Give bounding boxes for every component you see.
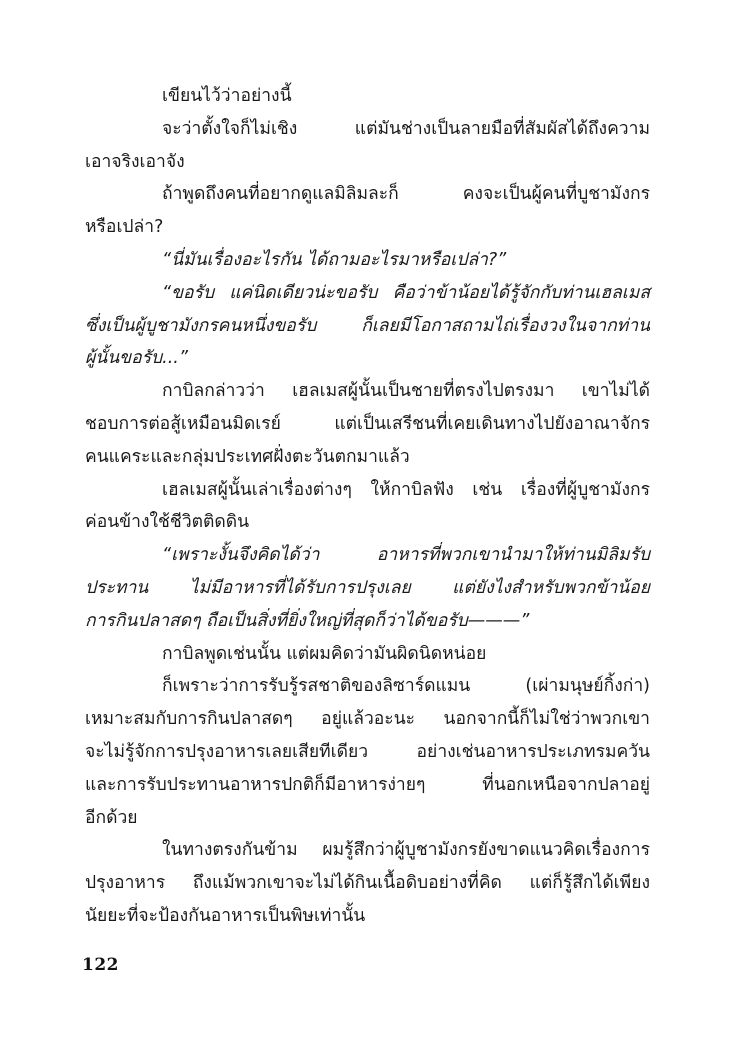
text-line: ก็เพราะว่าการรับรู้รสชาติของลิซาร์ดแมน (… <box>85 670 650 703</box>
text-line: และการรับประทานอาหารปกติก็มีอาหารง่ายๆ ท… <box>85 769 650 802</box>
dialogue-line: “เพราะงั้นจึงคิดได้ว่า อาหารที่พวกเขานำม… <box>85 539 650 572</box>
dialogue-line: “นี่มันเรื่องอะไรกัน ได้ถามอะไรมาหรือเปล… <box>85 244 650 277</box>
text-line: จะว่าตั้งใจก็ไม่เชิง แต่มันช่างเป็นลายมื… <box>85 113 650 146</box>
text-line: ชอบการต่อสู้เหมือนมิดเรย์ แต่เป็นเสรีชนท… <box>85 408 650 441</box>
text-line: เฮลเมสผู้นั้นเล่าเรื่องต่างๆ ให้กาบิลฟัง… <box>85 474 650 507</box>
dialogue-line: ผู้นั้นขอรับ...” <box>85 342 650 375</box>
dialogue-line: ซึ่งเป็นผู้บูชามังกรคนหนึ่งขอรับ ก็เลยมี… <box>85 310 650 343</box>
text-line: กาบิลกล่าวว่า เฮลเมสผู้นั้นเป็นชายที่ตรง… <box>85 375 650 408</box>
book-page: เขียนไว้ว่าอย่างนี้ จะว่าตั้งใจก็ไม่เชิง… <box>0 0 738 1051</box>
text-line: เหมาะสมกับการกินปลาสดๆ อยู่แล้วอะนะ นอกจ… <box>85 703 650 736</box>
dialogue-line: ประทาน ไม่มีอาหารที่ได้รับการปรุงเลย แต่… <box>85 572 650 605</box>
text-line: ในทางตรงกันข้าม ผมรู้สึกว่าผู้บูชามังกรย… <box>85 834 650 867</box>
text-line: เขียนไว้ว่าอย่างนี้ <box>85 80 650 113</box>
text-line: ถ้าพูดถึงคนที่อยากดูแลมิลิมละก็ คงจะเป็น… <box>85 178 650 211</box>
text-line: หรือเปล่า? <box>85 211 650 244</box>
dialogue-line: การกินปลาสดๆ ถือเป็นสิ่งที่ยิ่งใหญ่ที่สุ… <box>85 605 650 638</box>
text-line: ปรุงอาหาร ถึงแม้พวกเขาจะไม่ได้กินเนื้อดิ… <box>85 867 650 900</box>
text-line: คนแคระและกลุ่มประเทศฝั่งตะวันตกมาแล้ว <box>85 441 650 474</box>
body-text: เขียนไว้ว่าอย่างนี้ จะว่าตั้งใจก็ไม่เชิง… <box>85 80 650 933</box>
text-line: จะไม่รู้จักการปรุงอาหารเลยเสียทีเดียว อย… <box>85 736 650 769</box>
page-number: 122 <box>82 955 119 975</box>
text-line: นัยยะที่จะป้องกันอาหารเป็นพิษเท่านั้น <box>85 900 650 933</box>
dialogue-line: “ขอรับ แค่นิดเดียวน่ะขอรับ คือว่าข้าน้อย… <box>85 277 650 310</box>
text-line: อีกด้วย <box>85 802 650 835</box>
text-line: ค่อนข้างใช้ชีวิตติดดิน <box>85 506 650 539</box>
text-line: เอาจริงเอาจัง <box>85 146 650 179</box>
text-line: กาบิลพูดเช่นนั้น แต่ผมคิดว่ามันผิดนิดหน่… <box>85 638 650 671</box>
